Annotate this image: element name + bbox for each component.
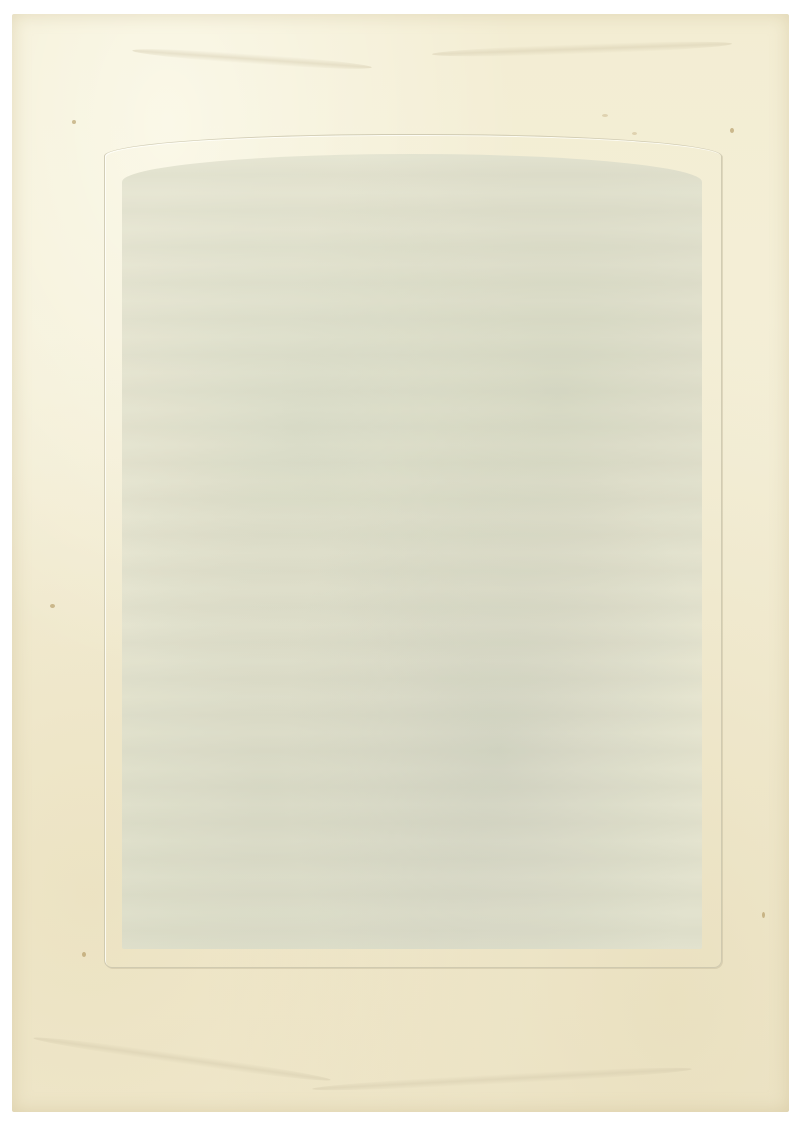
- foxing-spot: [50, 604, 55, 608]
- foxing-spot: [602, 114, 608, 117]
- foxing-spot: [730, 128, 734, 133]
- foxing-spot: [82, 952, 86, 957]
- paper-sheet: [12, 14, 789, 1112]
- show-through-image-area: [122, 154, 702, 949]
- paper-crease: [432, 39, 732, 59]
- foxing-spot: [72, 120, 76, 124]
- paper-crease: [312, 1064, 692, 1094]
- paper-crease: [132, 46, 372, 73]
- foxing-spot: [632, 132, 637, 135]
- paper-crease: [33, 1033, 331, 1085]
- foxing-spot: [762, 912, 765, 918]
